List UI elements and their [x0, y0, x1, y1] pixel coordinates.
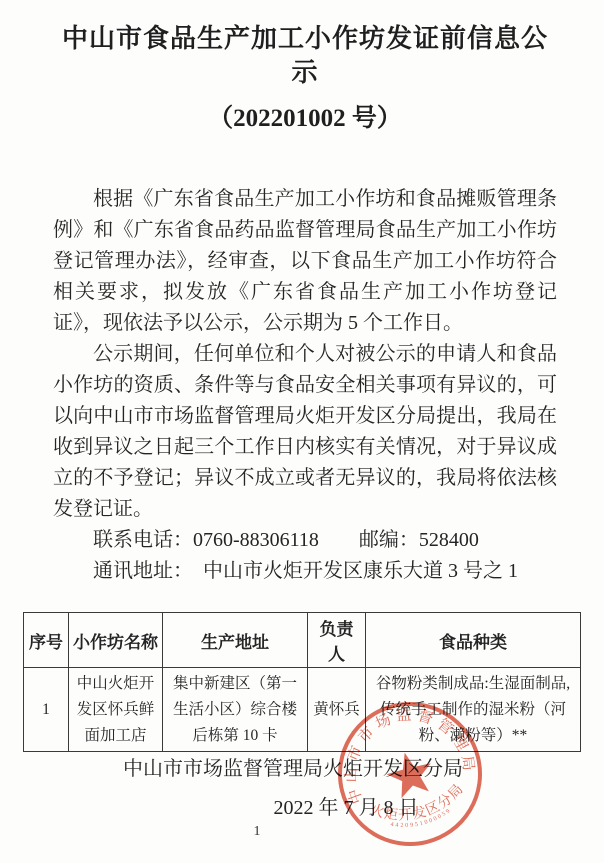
page-number: 1 [0, 824, 559, 840]
address-value: 中山市火炬开发区康乐大道 3 号之 1 [203, 560, 518, 582]
document-content: 中山市食品生产加工小作坊发证前信息公示 （202201002 号） 根据《广东省… [0, 22, 604, 752]
cell-person-in-charge: 黄怀兵 [308, 668, 366, 752]
document-page: 中山市食品生产加工小作坊发证前信息公示 （202201002 号） 根据《广东省… [0, 0, 604, 863]
cell-food-category: 谷物粉类制成品:生湿面制品,传统手工制作的湿米粉（河粉、濑粉等）** [366, 668, 581, 752]
header-seq: 序号 [24, 613, 69, 668]
address-label: 通讯地址： [93, 560, 193, 582]
page-title: 中山市食品生产加工小作坊发证前信息公示 [53, 22, 557, 90]
cell-seq: 1 [24, 668, 69, 752]
header-production-address: 生产地址 [163, 613, 308, 668]
header-food-category: 食品种类 [366, 613, 581, 668]
table-row: 1 中山火炬开发区怀兵鲜面加工店 集中新建区（第一生活小区）综合楼后栋第 10 … [24, 668, 581, 752]
cell-production-address: 集中新建区（第一生活小区）综合楼后栋第 10 卡 [163, 668, 308, 752]
table-header-row: 序号 小作坊名称 生产地址 负责人 食品种类 [24, 613, 581, 668]
paragraph-basis: 根据《广东省食品生产加工小作坊和食品摊贩管理条例》和《广东省食品药品监督管理局食… [53, 184, 557, 339]
cell-workshop-name: 中山火炬开发区怀兵鲜面加工店 [69, 668, 163, 752]
workshop-table: 序号 小作坊名称 生产地址 负责人 食品种类 1 中山火炬开发区怀兵鲜面加工店 … [23, 612, 581, 752]
postcode-value: 528400 [419, 529, 479, 551]
paragraph-objection: 公示期间，任何单位和个人对被公示的申请人和食品小作坊的资质、条件等与食品安全相关… [53, 339, 557, 525]
header-person-in-charge: 负责人 [308, 613, 366, 668]
issue-date: 2022 年 7 月 8 日 [44, 791, 604, 820]
contact-phone-line: 联系电话：0760-88306118邮编：528400 [53, 525, 557, 556]
contact-address-line: 通讯地址：中山市火炬开发区康乐大道 3 号之 1 [53, 556, 557, 587]
body-text: 根据《广东省食品生产加工小作坊和食品摊贩管理条例》和《广东省食品药品监督管理局食… [53, 184, 557, 587]
page-subtitle: （202201002 号） [53, 102, 557, 136]
phone-number: 0760-88306118 [193, 529, 319, 551]
header-workshop-name: 小作坊名称 [69, 613, 163, 668]
issuer-signature: 中山市市场监督管理局火炬开发区分局 [0, 752, 595, 781]
phone-label: 联系电话： [93, 529, 193, 551]
postcode-label: 邮编： [359, 529, 419, 551]
